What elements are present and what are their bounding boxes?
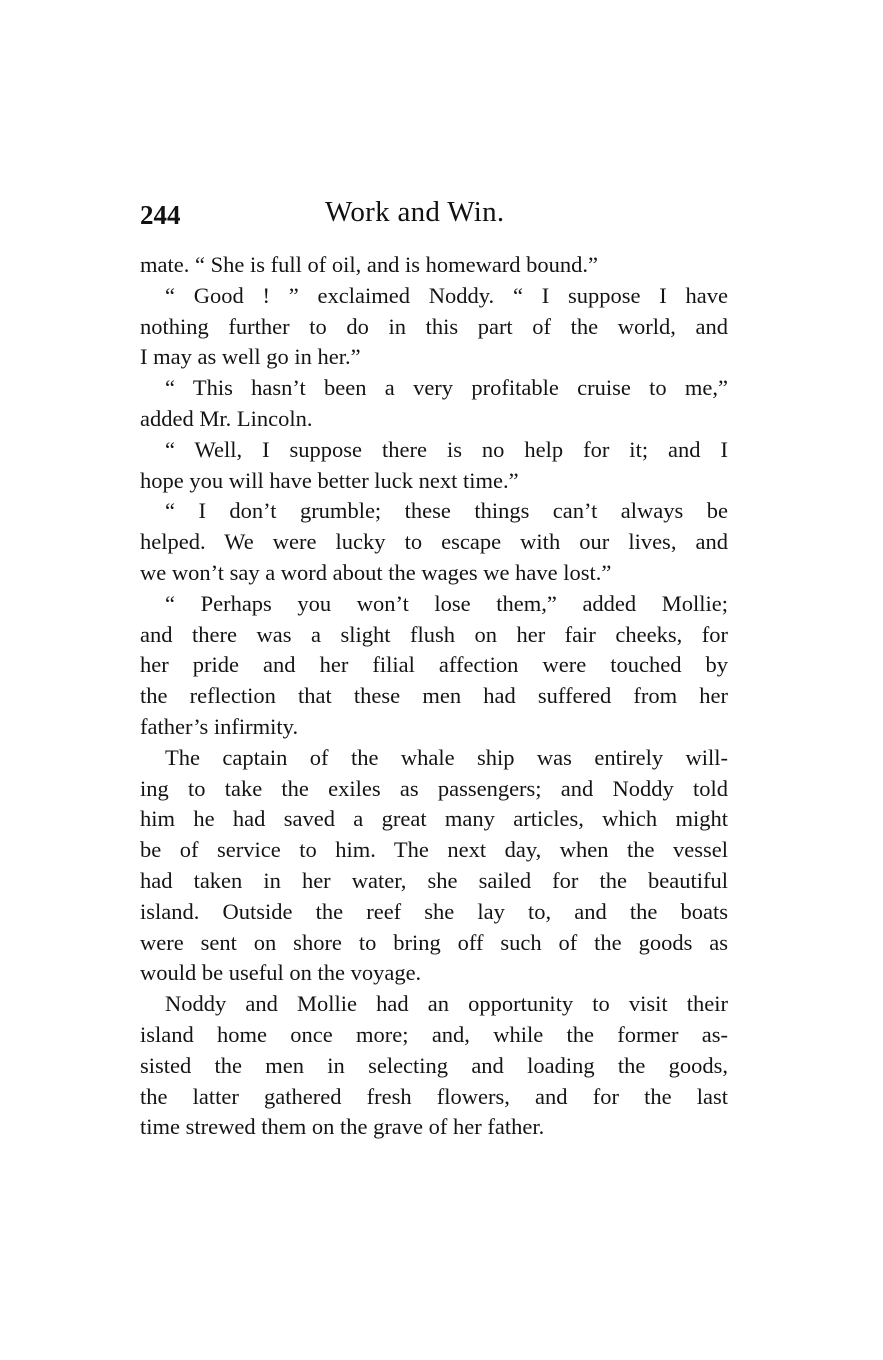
text-line: Noddy and Mollie had an opportunity to v… (140, 989, 728, 1020)
text-line: and there was a slight flush on her fair… (140, 620, 728, 651)
text-line: were sent on shore to bring off such of … (140, 928, 728, 959)
text-line: ing to take the exiles as passengers; an… (140, 774, 728, 805)
text-line: the latter gathered fresh flowers, and f… (140, 1082, 728, 1113)
text-line: “ Good ! ” exclaimed Noddy. “ I suppose … (140, 281, 728, 312)
running-title: Work and Win. (325, 196, 504, 229)
text-line: the reflection that these men had suffer… (140, 681, 728, 712)
text-line: mate. “ She is full of oil, and is homew… (140, 250, 728, 281)
text-line: we won’t say a word about the wages we h… (140, 558, 728, 589)
body-text: mate. “ She is full of oil, and is homew… (140, 250, 728, 1143)
book-page: 244 Work and Win. mate. “ She is full of… (0, 0, 883, 1360)
text-line: her pride and her filial affection were … (140, 650, 728, 681)
page-header: 244 Work and Win. (140, 196, 728, 236)
text-line: The captain of the whale ship was entire… (140, 743, 728, 774)
text-line: him he had saved a great many articles, … (140, 804, 728, 835)
text-line: “ Well, I suppose there is no help for i… (140, 435, 728, 466)
text-line: had taken in her water, she sailed for t… (140, 866, 728, 897)
text-line: I may as well go in her.” (140, 342, 728, 373)
text-line: “ Perhaps you won’t lose them,” added Mo… (140, 589, 728, 620)
page-number: 244 (140, 200, 181, 231)
text-line: helped. We were lucky to escape with our… (140, 527, 728, 558)
text-line: “ I don’t grumble; these things can’t al… (140, 496, 728, 527)
text-line: nothing further to do in this part of th… (140, 312, 728, 343)
text-line: added Mr. Lincoln. (140, 404, 728, 435)
text-line: father’s infirmity. (140, 712, 728, 743)
text-line: island. Outside the reef she lay to, and… (140, 897, 728, 928)
text-line: time strewed them on the grave of her fa… (140, 1112, 728, 1143)
text-line: “ This hasn’t been a very profitable cru… (140, 373, 728, 404)
text-line: be of service to him. The next day, when… (140, 835, 728, 866)
text-line: hope you will have better luck next time… (140, 466, 728, 497)
text-line: island home once more; and, while the fo… (140, 1020, 728, 1051)
text-line: would be useful on the voyage. (140, 958, 728, 989)
text-line: sisted the men in selecting and loading … (140, 1051, 728, 1082)
